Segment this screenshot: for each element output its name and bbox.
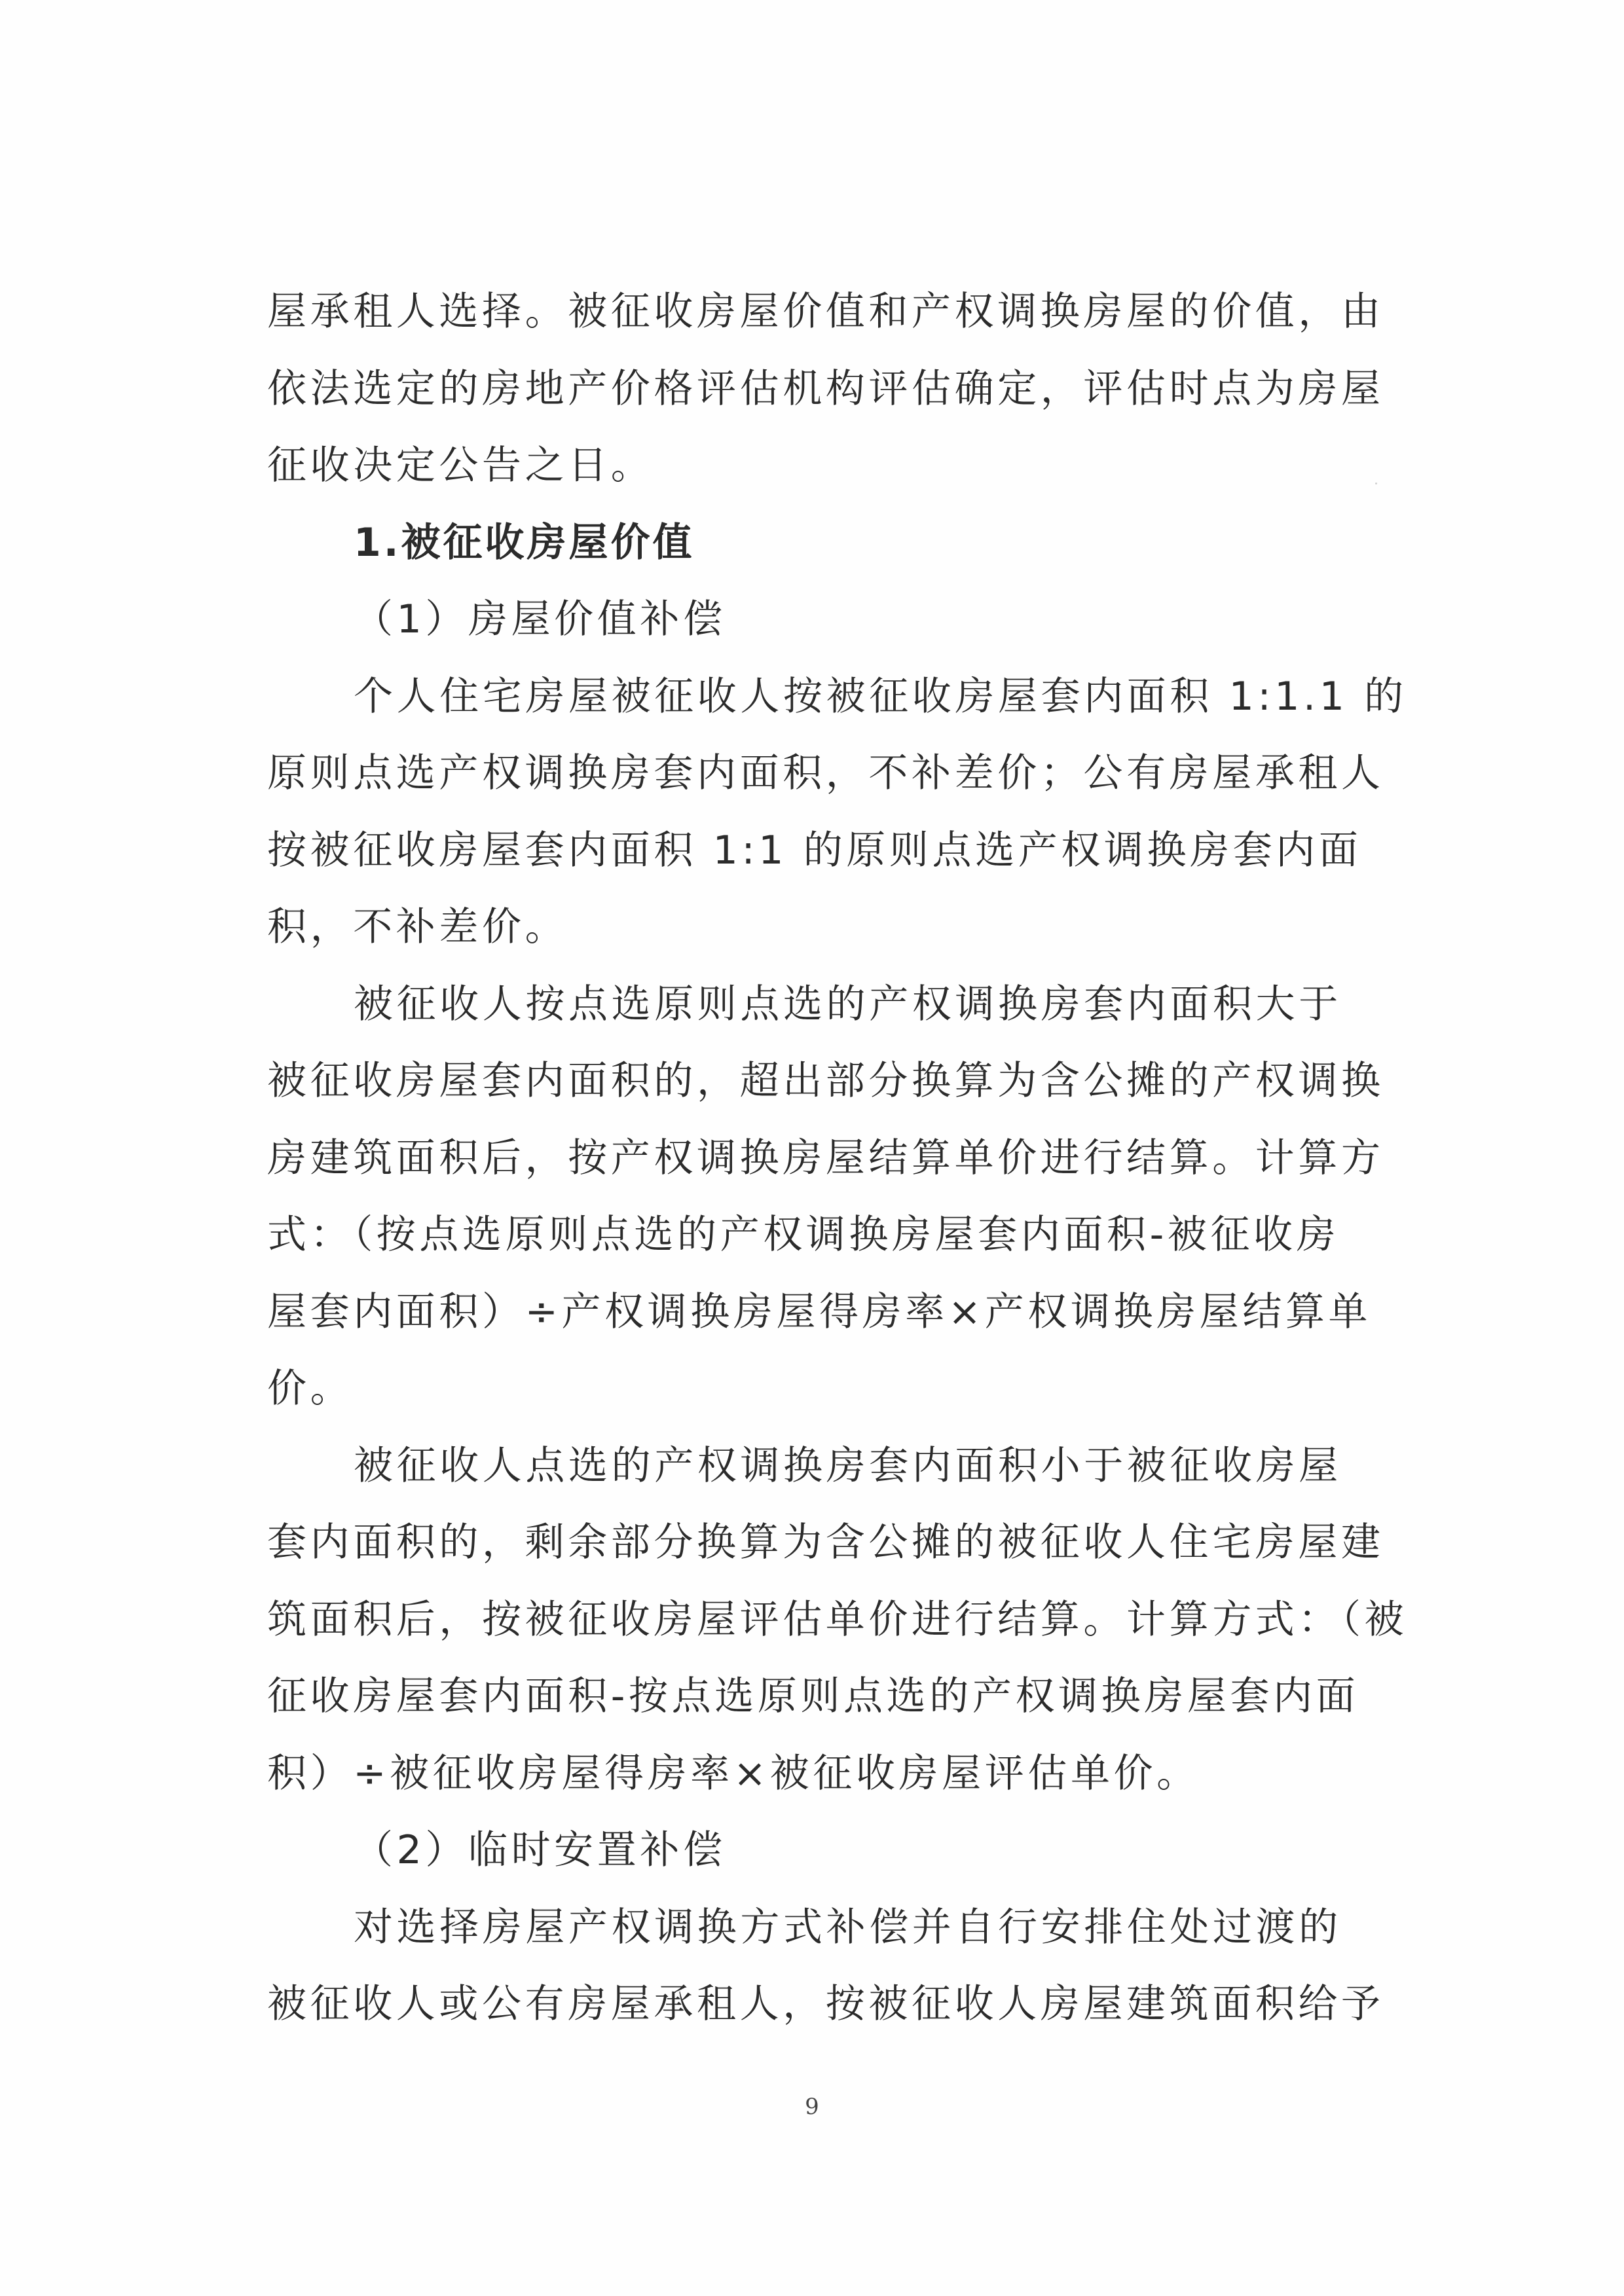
paragraph-ratio-rule: 个人住宅房屋被征收人按被征收房屋套内面积 1:1.1 的 原则点选产权调换房套内…: [267, 659, 1354, 966]
text-line: 积）÷被征收房屋得房率×被征收房屋评估单价。: [267, 1736, 1354, 1813]
paragraph-temporary-resettlement: 对选择房屋产权调换方式补偿并自行安排住处过渡的 被征收人或公有房屋承租人，按被征…: [267, 1889, 1354, 2043]
text-line: 房建筑面积后，按产权调换房屋结算单价进行结算。计算方: [267, 1120, 1354, 1197]
page-number: 9: [0, 2094, 1624, 2120]
text-line: 被征收人按点选原则点选的产权调换房套内面积大于: [267, 966, 1354, 1044]
document-page: 屋承租人选择。被征收房屋价值和产权调换房屋的价值，由 依法选定的房地产价格评估机…: [0, 0, 1624, 2296]
subsection-heading: （1）房屋价值补偿: [267, 581, 1354, 659]
section-heading: 1.被征收房屋价值: [267, 505, 1354, 582]
text-line: 积，不补差价。: [267, 889, 1354, 966]
text-line: 被征收人或公有房屋承租人，按被征收人房屋建筑面积给予: [267, 1966, 1354, 2043]
text-line: 屋套内面积）÷产权调换房屋得房率×产权调换房屋结算单: [267, 1274, 1354, 1351]
document-body: 屋承租人选择。被征收房屋价值和产权调换房屋的价值，由 依法选定的房地产价格评估机…: [267, 274, 1354, 2043]
text-line: 被征收人点选的产权调换房套内面积小于被征收房屋: [267, 1428, 1354, 1505]
text-line: 个人住宅房屋被征收人按被征收房屋套内面积 1:1.1 的: [267, 659, 1354, 736]
text-line: 价。: [267, 1351, 1354, 1428]
text-line: 屋承租人选择。被征收房屋价值和产权调换房屋的价值，由: [267, 274, 1354, 351]
text-line: 套内面积的，剩余部分换算为含公摊的被征收人住宅房屋建: [267, 1504, 1354, 1582]
text-line: 式：（按点选原则点选的产权调换房屋套内面积-被征收房: [267, 1197, 1354, 1274]
text-line: 按被征收房屋套内面积 1:1 的原则点选产权调换房套内面: [267, 812, 1354, 890]
text-line: 原则点选产权调换房套内面积，不补差价；公有房屋承租人: [267, 735, 1354, 812]
paragraph-smaller-area: 被征收人点选的产权调换房套内面积小于被征收房屋 套内面积的，剩余部分换算为含公摊…: [267, 1428, 1354, 1813]
text-line: 依法选定的房地产价格评估机构评估确定，评估时点为房屋: [267, 351, 1354, 428]
text-line: 被征收房屋套内面积的，超出部分换算为含公摊的产权调换: [267, 1043, 1354, 1120]
paragraph-continued: 屋承租人选择。被征收房屋价值和产权调换房屋的价值，由 依法选定的房地产价格评估机…: [267, 274, 1354, 505]
text-line: 征收决定公告之日。: [267, 428, 1354, 505]
text-line: 征收房屋套内面积-按点选原则点选的产权调换房屋套内面: [267, 1658, 1354, 1736]
subsection-heading: （2）临时安置补偿: [267, 1812, 1354, 1889]
scan-speck: [1375, 483, 1377, 484]
text-line: 筑面积后，按被征收房屋评估单价进行结算。计算方式：（被: [267, 1582, 1354, 1659]
paragraph-larger-area: 被征收人按点选原则点选的产权调换房套内面积大于 被征收房屋套内面积的，超出部分换…: [267, 966, 1354, 1428]
text-line: 对选择房屋产权调换方式补偿并自行安排住处过渡的: [267, 1889, 1354, 1967]
